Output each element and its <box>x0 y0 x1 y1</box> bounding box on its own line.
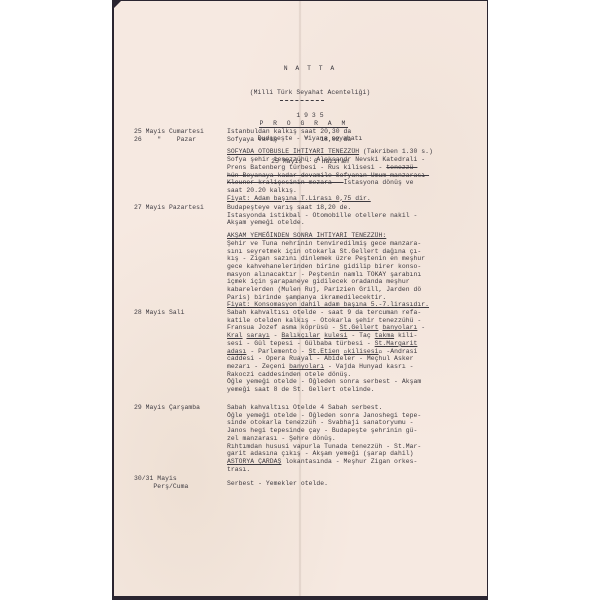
day-label-line: 29 Mayis Çarşamba <box>134 404 200 412</box>
itinerary-line: Serbest - Yemekler otelde. <box>227 480 482 488</box>
itinerary-line: gece kahvehanelerinden birine gidilip bi… <box>227 263 482 271</box>
scan-edge-bottom <box>112 596 488 600</box>
day-label: 28 Mayis Sali <box>134 309 185 317</box>
itinerary-line: adası - Parlemento - St.Etien  kilisesi… <box>227 348 482 356</box>
day-details: Serbest - Yemekler otelde. <box>227 475 482 488</box>
agency-name: N A T T A <box>200 65 420 73</box>
itinerary-line: masyon alınacaktır - Peştenin namlı TOKA… <box>227 271 482 279</box>
itinerary-line: Sabah kahvaltısı Otelde 4 Sabah serbest. <box>227 404 482 412</box>
itinerary-line: Fransua Jozef asma köprüsü - St.Gellert … <box>227 324 482 332</box>
day-label-line: Perş/Cuma <box>134 483 188 491</box>
itinerary-line: Akşam yemeği otelde. <box>227 219 482 227</box>
itinerary-line: zel manzarası - Şehre dönüş. <box>227 435 482 443</box>
itinerary-line: AKŞAM YEMEĞİNDEN SONRA İHTİYARİ TENEZZÜH… <box>227 232 482 240</box>
day-label-line: 26 " Pazar <box>134 136 204 144</box>
day-details: Budapeşteye varış saat 18,20 de.İstasyon… <box>227 204 482 309</box>
day-label-line: 25 Mayis Cumartesi <box>134 128 204 136</box>
itinerary-line: trası. <box>227 466 482 474</box>
itinerary-line: Rıhtımdan hususi vapurla Tunada tenezzüh… <box>227 443 482 451</box>
day-label-line: 27 Mayis Pazartesi <box>134 204 204 212</box>
itinerary-line: Fiyat: Konsomasyon dahil adam başına 5.-… <box>227 301 482 309</box>
itinerary-line: saat 20.20 kalkış. <box>227 187 482 195</box>
day-label: 27 Mayis Pazartesi <box>134 204 204 212</box>
itinerary-line: Budapeşteye varış saat 18,20 de. <box>227 204 482 212</box>
program-heading: P R O G R A M <box>259 120 348 128</box>
day-details: Sabah kahvaltısı Otelde 4 Sabah serbest.… <box>227 404 482 473</box>
itinerary-line: Prens Batenberg türbesi - Rus kilisesi -… <box>227 164 482 172</box>
itinerary-line: Janos hegi tepesinde çay - Budapeşte şeh… <box>227 427 482 435</box>
itinerary-line: Istanbuldan kalkış saat 20,30 da <box>227 128 482 136</box>
day-label-line: 28 Mayis Sali <box>134 309 185 317</box>
itinerary-line: sinde otokarla tenezzüh - Svabhaji sanat… <box>227 419 482 427</box>
itinerary-line: SOFYADA OTOBUSLE İHTİYARİ TENEZZÜH (Takr… <box>227 148 482 156</box>
itinerary-line: mezarı - Zeçeni banyoları - Vajda Hunyad… <box>227 363 482 371</box>
itinerary-line: Paris) birinde şampanya ikramedilecektir… <box>227 294 482 302</box>
itinerary-line: garit adasına çıkış - Akşam yemeği (şara… <box>227 450 482 458</box>
itinerary-line: sesi - Gül tepesi - Gülbaba türbesi - St… <box>227 340 482 348</box>
scan-corner <box>112 0 122 10</box>
itinerary-line: İstasyonda istikbal - Otomobille oteller… <box>227 212 482 220</box>
day-label-line: 30/31 Mayis <box>134 475 188 483</box>
itinerary-line: Sabah kahvaltısı otelde - saat 9 da terc… <box>227 309 482 317</box>
itinerary-line: sını seyretmek için otokarla St.Gellert … <box>227 248 482 256</box>
day-details: Istanbuldan kalkış saat 20,30 daSofyaya … <box>227 128 482 202</box>
itinerary-line: Kleuner kraliçesinin mezara - İstasyona … <box>227 179 482 187</box>
itinerary-line: Sofyaya varış " 18,02 da <box>227 136 482 144</box>
day-details: Sabah kahvaltısı otelde - saat 9 da terc… <box>227 309 482 394</box>
day-label: 30/31 Mayis Perş/Cuma <box>134 475 188 490</box>
itinerary-line: ASTORYA ÇARDAŞ lokantasında - Meşhur Zig… <box>227 458 482 466</box>
agency-subtitle: (Milli Türk Seyahat Acenteliği) <box>200 89 420 97</box>
itinerary-line: Fiyat: Adam başına T.Lirası 0,75 dir. <box>227 195 482 203</box>
scan-edge-left <box>112 0 114 598</box>
itinerary-line: Sofya şehir tenezzühü: Aleksandr Nevski … <box>227 156 482 164</box>
itinerary-line: kış - Zigan sazını dinlemek üzre Peşteni… <box>227 255 482 263</box>
itinerary-line: Öğle yemeği otelde - Öğleden sonra serbe… <box>227 378 482 386</box>
day-label: 25 Mayis Cumartesi26 " Pazar <box>134 128 204 143</box>
day-label: 29 Mayis Çarşamba <box>134 404 200 412</box>
itinerary-line: caddesi - Opera Ruayal - Abideler - Meçh… <box>227 355 482 363</box>
header-rule <box>280 100 324 101</box>
itinerary-line: içmek için şarapaneye gidilecek oradanda… <box>227 278 482 286</box>
itinerary-line: Kral sarayı - Balıkçılar kulesi - Taç ta… <box>227 332 482 340</box>
itinerary-line: kabarelerden (Mulen Ruj, Parizien Grill,… <box>227 286 482 294</box>
itinerary-line: yemeği saat 8 de St. Gellert otelinde. <box>227 386 482 394</box>
itinerary-line: katile otelden kalkış - Otokarla şehir t… <box>227 317 482 325</box>
itinerary-line: Öğle yemeği otelde - Öğleden sonra Janos… <box>227 412 482 420</box>
program-heading-wrap: P R O G R A M <box>0 112 600 127</box>
itinerary-line: Şehir ve Tuna nehrinin tenviredilmiş gec… <box>227 240 482 248</box>
